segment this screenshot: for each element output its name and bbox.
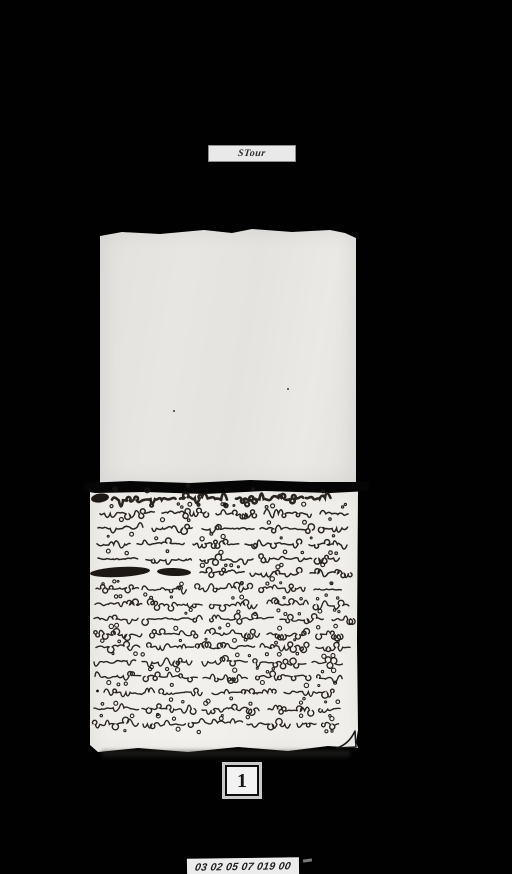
manuscript-page xyxy=(90,490,358,753)
title-label-text: STour xyxy=(238,148,267,159)
title-label: STour xyxy=(208,145,296,162)
footer-id-strip: 03 02 05 07 019 00 xyxy=(187,857,299,874)
film-frame: STour 1 03 02 05 07 019 00 xyxy=(0,0,512,874)
page-number: 1 xyxy=(237,771,247,791)
page-number-plate: 1 xyxy=(225,765,259,796)
page-bottom-shadow xyxy=(102,751,350,759)
blank-page xyxy=(100,229,356,484)
film-scratch-mark xyxy=(303,858,312,862)
footer-id-text: 03 02 05 07 019 00 xyxy=(194,860,292,873)
